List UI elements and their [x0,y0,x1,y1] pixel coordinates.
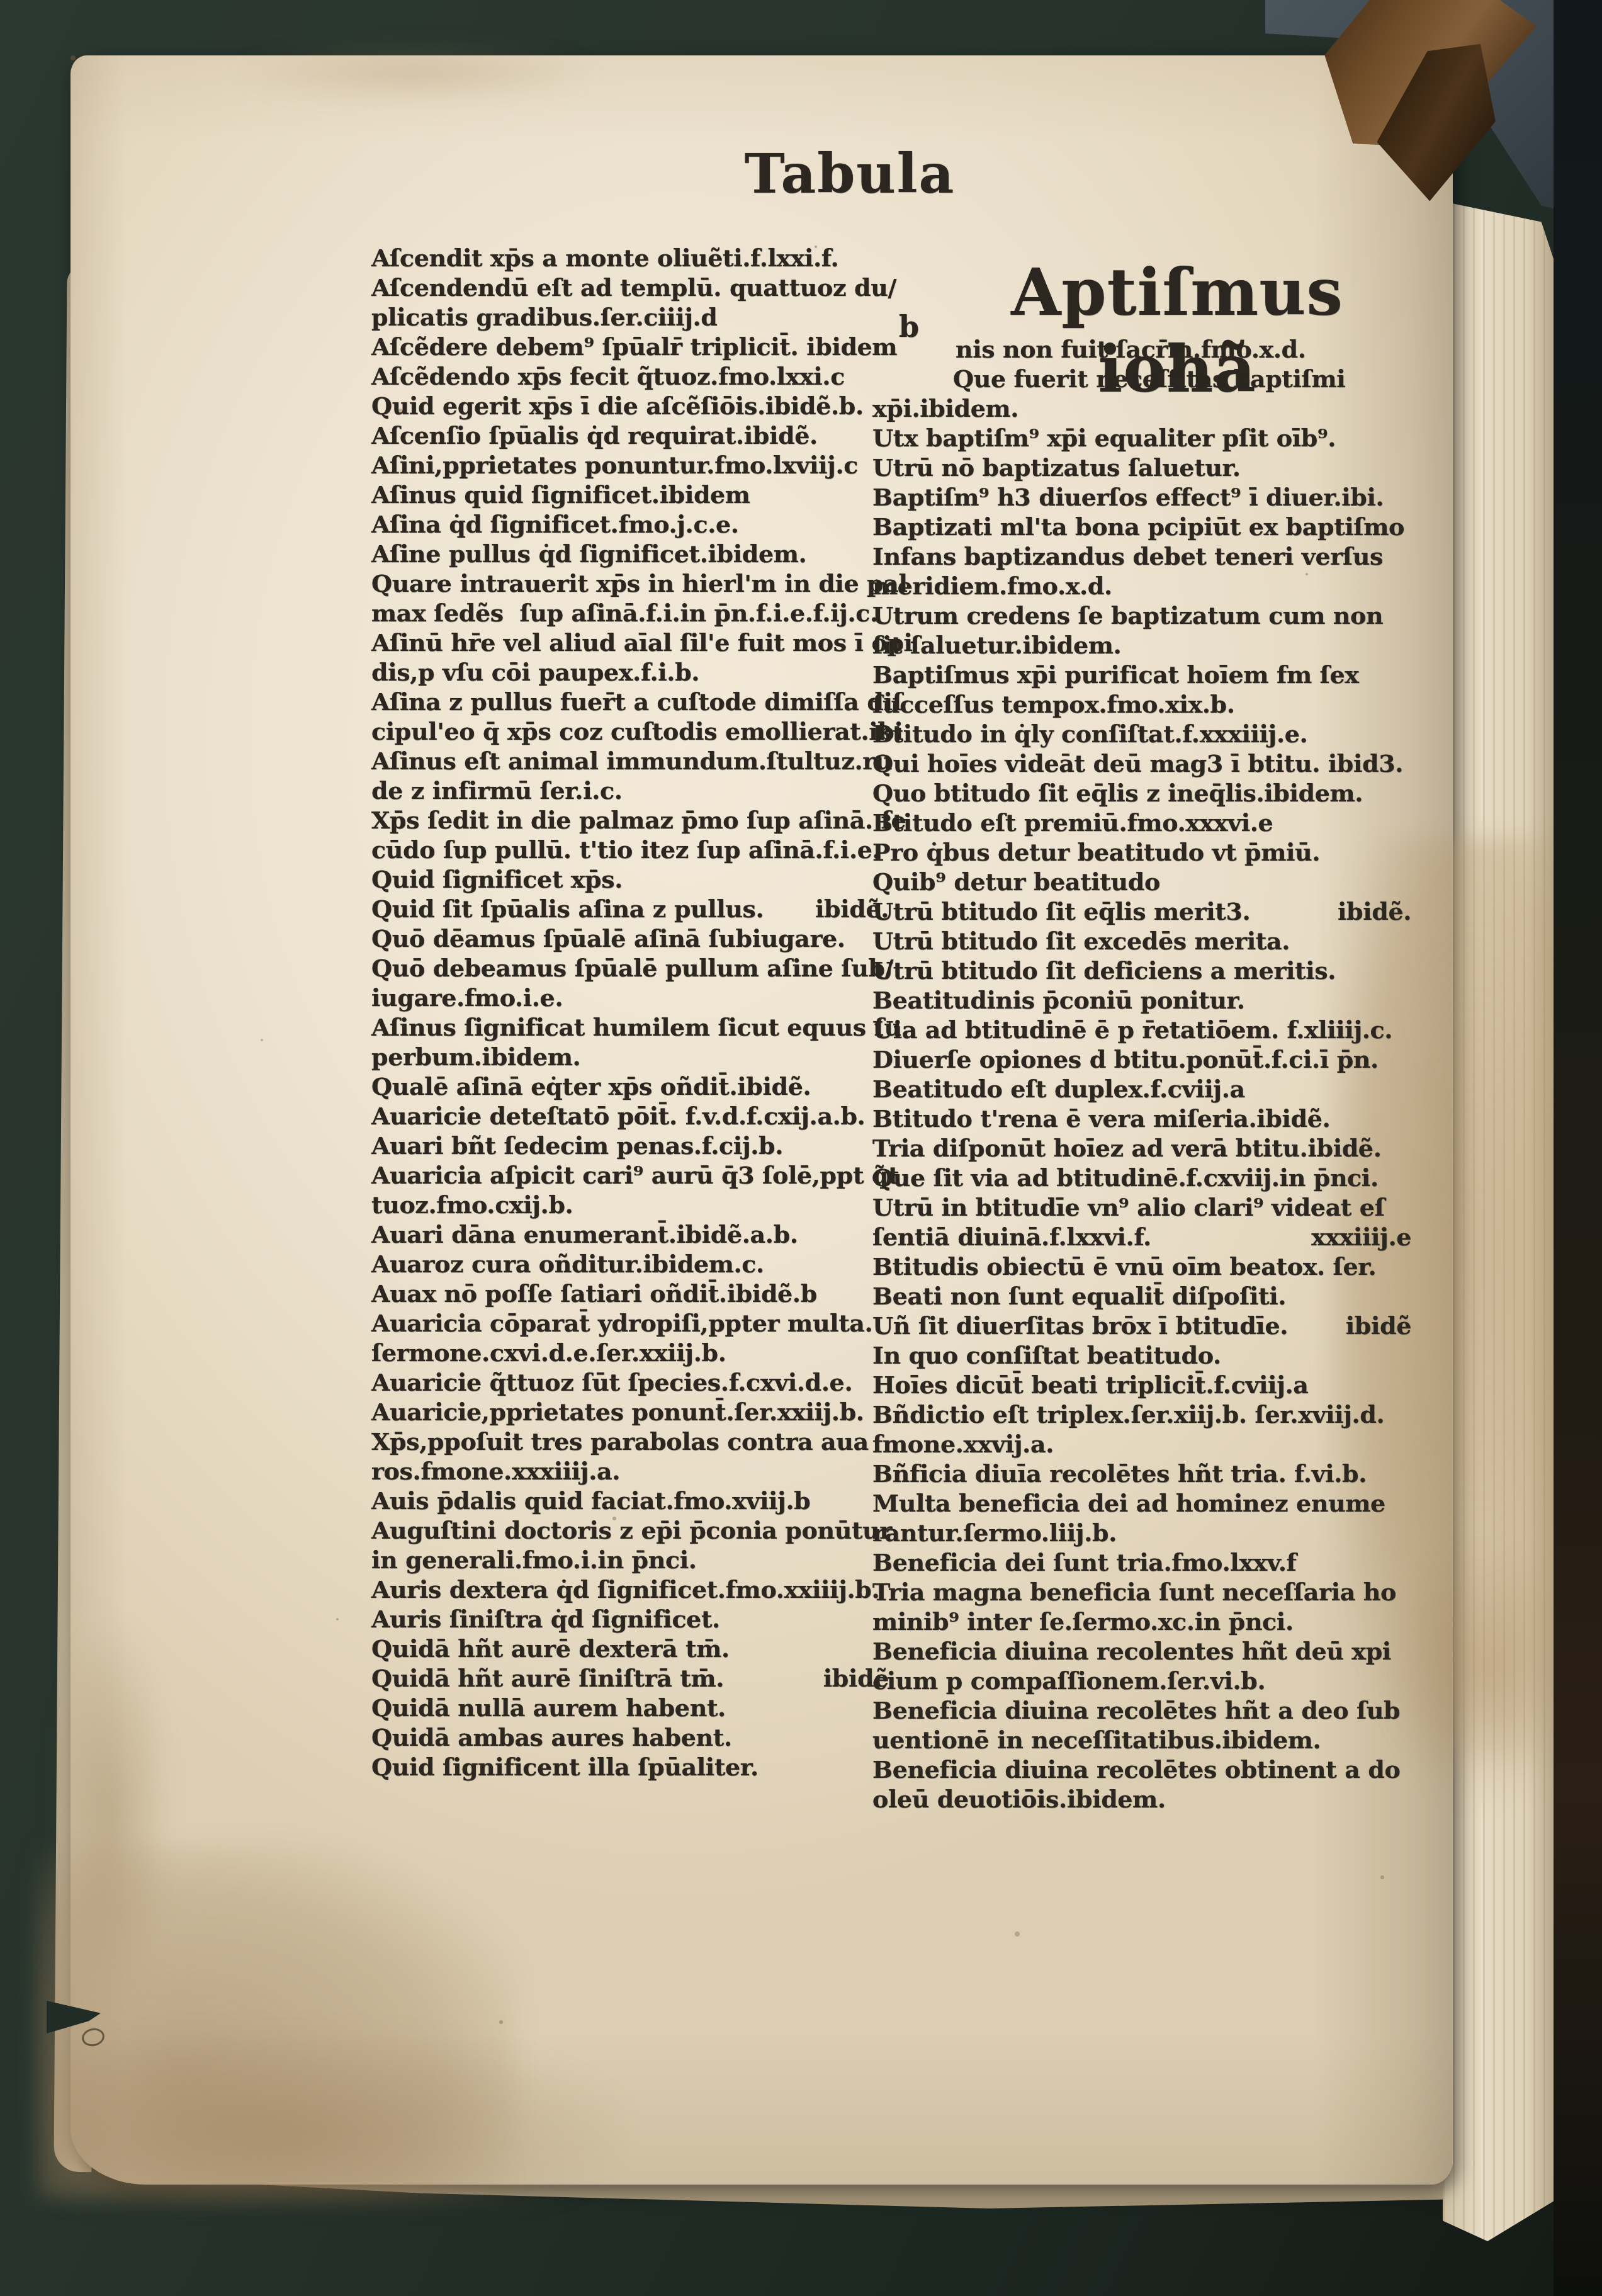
index-entry-text: Aſini,pprietates ponuntur.fmo.lxviij.c [371,450,858,480]
index-entry-text: Tria diſponūt hoīez ad verā btitu.ibidẽ. [872,1133,1381,1163]
index-entry-text: Utrū btitudo ſit deficiens a meritis. [872,956,1336,985]
text-line: Quidā hñt aurē dexterā tm̄. [371,1634,889,1663]
index-entry-text: Beatitudo eſt duplex.f.cviij.a [872,1074,1245,1104]
index-entry-text: Quidā ambas aures habent. [371,1722,732,1752]
index-entry-text: Quō debeamus ſpūalē pullum aſine ſub/ [371,953,893,983]
text-line: Baptiſmus xp̄i purificat hoīem fm ſex [872,660,1411,689]
text-line: Pro q̇bus detur beatitudo vt p̄miū. [872,837,1411,867]
index-entry-text: meridiem.fmo.x.d. [872,571,1112,601]
text-line: oleū deuotiōis.ibidem. [872,1784,1411,1814]
index-entry-text: Beneficia diuina recolētes obtinent a do [872,1755,1400,1784]
index-entry-text: Quid egerit xp̄s ī die aſcẽſiōis.ibidẽ.b… [371,391,864,421]
index-entry-text: Auis p̄dalis quid faciat.fmo.xviij.b [371,1486,810,1515]
index-entry-text: Aſinus ſignificat humilem ſicut equus ſu [371,1012,901,1042]
scanned-book-page: Tabula Aſcendit xp̄s a monte oliuẽti.f.l… [0,0,1602,2296]
text-line: Uia ad btitudinē ē p r̄etatiōem. f.xliii… [872,1015,1411,1044]
page-title: Tabula [692,142,1007,206]
index-entry-text: Auaricie deteſtatō pōit̄. f.v.d.f.cxij.a… [371,1101,865,1131]
index-entry-text: Btitudo eſt premiū.fmo.xxxvi.e [872,808,1273,837]
index-entry-text: rantur.ſermo.liij.b. [872,1518,1117,1547]
foxing-speckles [71,55,76,60]
text-line: Beneficia diuina recolētes obtinent a do [872,1755,1411,1784]
text-line: Auaricie,pprietates ponunt̄.ſer.xxiij.b. [371,1397,889,1427]
text-line: Auis p̄dalis quid faciat.fmo.xviij.b [371,1486,889,1515]
right-binding-edge [1554,0,1602,2296]
section-heading-baptismus: Aptiſmus iohã [943,254,1411,335]
index-entry-text: ros.fmone.xxxiiij.a. [371,1456,620,1486]
index-entry-text: Pro q̇bus detur beatitudo vt p̄miū. [872,837,1320,867]
index-entry-text: Qui hoīes videāt deū mag3 ī btitu. ibid3… [872,749,1403,778]
index-entry-text: Aſinū hr̄e vel aliud aīal ſil'e fuit mos… [371,628,913,657]
text-line: Multa beneficia dei ad hominez enume [872,1488,1411,1518]
text-line: Que fuerit neceſſitas baptiſmi [872,364,1411,393]
index-entry-text: Btitudo in q̇ly conſiſtat.f.xxxiiij.e. [872,719,1307,749]
text-line: fmone.xxvij.a. [872,1429,1411,1459]
text-line: Quo btitudo ſit eq̄lis z ineq̄lis.ibidem… [872,778,1411,808]
text-line: Utrū btitudo ſit deficiens a meritis. [872,956,1411,985]
text-line: perbum.ibidem. [371,1042,889,1072]
index-entry-text: Quidā hñt aurē dexterā tm̄. [371,1634,730,1663]
text-line: Hoīes dicūt̄ beati triplicit̄.f.cviij.a [872,1370,1411,1400]
index-entry-text: Aſcendendū eſt ad templū. quattuoz du/ [371,273,896,302]
text-line: Utrū btitudo ſit eq̄lis merit3.ibidẽ. [872,896,1411,926]
index-entry-text: Hoīes dicūt̄ beati triplicit̄.f.cviij.a [872,1370,1309,1400]
index-entry-locator: ibidẽ. [1338,896,1411,926]
index-entry-text: Aſcenſio ſpūalis q̇d requirat.ibidẽ. [371,421,818,450]
text-line: rantur.ſermo.liij.b. [872,1518,1411,1547]
text-line: ſit ſaluetur.ibidem. [872,630,1411,660]
text-line: Beneficia dei ſunt tria.fmo.lxxv.f [872,1547,1411,1577]
index-entry-text: Utrum credens ſe baptizatum cum non [872,601,1383,630]
text-line: in generali.fmo.i.in p̄nci. [371,1545,889,1575]
text-line: Bñdictio eſt triplex.ſer.xiij.b. ſer.xvi… [872,1400,1411,1429]
text-line: ros.fmone.xxxiiij.a. [371,1456,889,1486]
text-line: cipul'eo q̄ xp̄s coz cuſtodis emollierat… [371,716,889,746]
text-line: nis non fuit ſacr̄m.fmo.x.d. [872,334,1411,364]
index-entry-text: dis,p vſu cōi paupex.f.i.b. [371,657,699,687]
text-line: Quib⁹ detur beatitudo [872,867,1411,896]
index-entry-text: Multa beneficia dei ad hominez enume [872,1488,1385,1518]
index-entry-text: ſucceſſus tempox.fmo.xix.b. [872,689,1235,719]
text-line: Aſinū hr̄e vel aliud aīal ſil'e fuit mos… [371,628,889,657]
index-entry-text: Que ſit via ad btitudinē.f.cxviij.in p̄n… [872,1163,1379,1192]
index-entry-text: Auaricia aſpicit cari⁹ aurū q̄3 ſolē,ppt… [371,1160,899,1190]
text-line: Utx baptiſm⁹ xp̄i equaliter pſit oīb⁹. [872,423,1411,453]
index-entry-text: cūdo ſup pullū. t'tio itez ſup aſinā.f.i… [371,835,880,864]
index-entry-text: ſentiā diuinā.f.lxxvi.f. [872,1222,1151,1252]
text-line: Baptiſm⁹ h3 diuerſos effect⁹ ī diuer.ibi… [872,482,1411,512]
index-entry-text: Quid ſit ſpūalis aſina z pullus. [371,894,764,924]
index-entry-text: Aſcẽdendo xp̄s fecit q̃tuoz.fmo.lxxi.c [371,361,845,391]
index-entry-text: Que fuerit neceſſitas baptiſmi [953,364,1345,393]
text-line: Btitudis obiectū ē vnū oīm beatox. ſer. [872,1252,1411,1281]
text-line: Beatitudinis p̄coniū ponitur. [872,985,1411,1015]
index-entry-text: Auari bñt ſedecim penas.f.cij.b. [371,1131,783,1160]
index-entry-text: nis non fuit ſacr̄m.fmo.x.d. [956,334,1306,364]
text-line: Aſcendendū eſt ad templū. quattuoz du/ [371,273,889,302]
index-entry-text: Xp̄s,ppoſuit tres parabolas contra aua [371,1427,869,1456]
index-entry-text: Auaricia cōparat̄ ydropiſi,ppter multa. [371,1308,872,1338]
text-line: Auaricia cōparat̄ ydropiſi,ppter multa. [371,1308,889,1338]
text-line: Auaroz cura oñditur.ibidem.c. [371,1249,889,1279]
index-entry-text: Quare intrauerit xp̄s in hierl'm in die … [371,568,908,598]
text-line: Qui hoīes videāt deū mag3 ī btitu. ibid3… [872,749,1411,778]
text-line: Xp̄s,ppoſuit tres parabolas contra aua [371,1427,889,1456]
text-line: Auari bñt ſedecim penas.f.cij.b. [371,1131,889,1160]
text-line: Utrū btitudo ſit excedēs merita. [872,926,1411,956]
index-entry-text: uentionē in neceſſitatibus.ibidem. [872,1725,1321,1755]
index-entry-text: ſit ſaluetur.ibidem. [872,630,1121,660]
index-entry-text: iugare.fmo.i.e. [371,983,563,1012]
text-line: meridiem.fmo.x.d. [872,571,1411,601]
text-line: cium p compaſſionem.ſer.vi.b. [872,1666,1411,1695]
text-line: Aſine pullus q̇d ſignificet.ibidem. [371,539,889,568]
text-line: Quidā hñt aurē ſiniſtrā tm̄.ibidẽ [371,1663,889,1693]
index-entry-text: Utrū nō baptizatus ſaluetur. [872,453,1240,482]
text-line: Auax nō poſſe ſatiari oñdit̄.ibidẽ.b [371,1279,889,1308]
text-line: plicatis gradibus.ſer.ciiij.d [371,302,889,332]
text-line: Uñ ſit diuerſitas brōx ī btitudīe.ibidẽ [872,1311,1411,1340]
text-line: Auaricie deteſtatō pōit̄. f.v.d.f.cxij.a… [371,1101,889,1131]
index-entry-text: Qualē aſinā eq̇ter xp̄s oñdit̄.ibidẽ. [371,1072,811,1101]
text-line: Aſcẽdere debem⁹ ſpūalr̄ triplicit̄. ibid… [371,332,889,361]
text-line: Aſinus quid ſignificet.ibidem [371,480,889,509]
text-line: In quo conſiſtat beatitudo. [872,1340,1411,1370]
text-line: Aſcẽdendo xp̄s fecit q̃tuoz.fmo.lxxi.c [371,361,889,391]
index-entry-text: perbum.ibidem. [371,1042,580,1072]
index-entry-text: oleū deuotiōis.ibidem. [872,1784,1166,1814]
index-entry-text: Baptiſmus xp̄i purificat hoīem fm ſex [872,660,1359,689]
text-line: Utrū nō baptizatus ſaluetur. [872,453,1411,482]
index-entry-text: Aſine pullus q̇d ſignificet.ibidem. [371,539,806,568]
text-line: Quare intrauerit xp̄s in hierl'm in die … [371,568,889,598]
text-line: Aſinus ſignificat humilem ſicut equus ſu [371,1012,889,1042]
index-entry-text: de z infirmū ſer.i.c. [371,776,623,805]
text-line: Utrū in btitudīe vn⁹ alio clari⁹ videat … [872,1192,1411,1222]
fore-edge-leaves [1443,201,1555,2241]
text-line: Auaricia aſpicit cari⁹ aurū q̄3 ſolē,ppt… [371,1160,889,1190]
index-entry-text: Aſcẽdere debem⁹ ſpūalr̄ triplicit̄. ibid… [371,332,897,361]
text-line: Btitudo in q̇ly conſiſtat.f.xxxiiij.e. [872,719,1411,749]
text-line: Auaricie q̃ttuoz ſūt ſpecies.f.cxvi.d.e. [371,1367,889,1397]
index-entry-locator: xxxiiij.e [1311,1222,1411,1252]
text-line: tuoz.fmo.cxij.b. [371,1190,889,1219]
text-line: Beneficia diuina recolentes hñt deū xpi [872,1636,1411,1666]
index-entry-text: Quidā nullā aurem habent. [371,1693,726,1722]
index-entry-text: Auari dāna enumerant̄.ibidẽ.a.b. [371,1219,798,1249]
index-entry-text: cium p compaſſionem.ſer.vi.b. [872,1666,1265,1695]
text-line: ſermone.cxvi.d.e.ſer.xxiij.b. [371,1338,889,1367]
text-line: Quid ſit ſpūalis aſina z pullus.ibidẽ. [371,894,889,924]
text-line: Aſinus eſt animal immundum.ſtultuz.ru [371,746,889,776]
text-line: Aſcendit xp̄s a monte oliuẽti.f.lxxi.f. [371,243,889,273]
text-line: Quidā ambas aures habent. [371,1722,889,1752]
text-line: minib⁹ inter ſe.ſermo.xc.in p̄nci. [872,1607,1411,1636]
text-line: Tria magna beneficia ſunt neceſſaria ho [872,1577,1411,1607]
text-line: Xp̄s ſedit in die palmaz p̄mo ſup aſinā.… [371,805,889,835]
index-entry-text: Utx baptiſm⁹ xp̄i equaliter pſit oīb⁹. [872,423,1336,453]
right-column: nis non fuit ſacr̄m.fmo.x.d.Que fuerit n… [872,334,1411,1814]
text-line: Quō debeamus ſpūalē pullum aſine ſub/ [371,953,889,983]
index-entry-text: Aſinus quid ſignificet.ibidem [371,480,750,509]
text-line: Aſina z pullus fuer̄t a cuſtode dimiſſa … [371,687,889,716]
text-line: ſentiā diuinā.f.lxxvi.f.xxxiiij.e [872,1222,1411,1252]
index-entry-text: minib⁹ inter ſe.ſermo.xc.in p̄nci. [872,1607,1294,1636]
index-entry-text: Infans baptizandus debet teneri verſus [872,541,1383,571]
text-line: dis,p vſu cōi paupex.f.i.b. [371,657,889,687]
index-entry-text: Quo btitudo ſit eq̄lis z ineq̄lis.ibidem… [872,778,1363,808]
index-entry-text: Beatitudinis p̄coniū ponitur. [872,985,1244,1015]
index-entry-text: Diuerſe opiones d btitu.ponūt̄.f.ci.ī p̄… [872,1044,1379,1074]
index-entry-text: Quib⁹ detur beatitudo [872,867,1160,896]
index-entry-text: Quidā hñt aurē ſiniſtrā tm̄. [371,1663,724,1693]
index-entry-text: max ſedẽs ſup aſinā.f.i.in p̄n.f.i.e.f.i… [371,598,878,628]
index-entry-locator: ibidẽ [1346,1311,1411,1340]
index-entry-text: In quo conſiſtat beatitudo. [872,1340,1221,1370]
text-line: Que ſit via ad btitudinē.f.cxviij.in p̄n… [872,1163,1411,1192]
index-entry-text: Xp̄s ſedit in die palmaz p̄mo ſup aſinā.… [371,805,906,835]
index-entry-text: Quid ſignificent illa ſpūaliter. [371,1752,759,1782]
index-entry-text: tuoz.fmo.cxij.b. [371,1190,573,1219]
text-line: Auris dextera q̇d ſignificet.fmo.xxiiij.… [371,1575,889,1604]
index-entry-text: Uia ad btitudinē ē p r̄etatiōem. f.xliii… [872,1015,1392,1044]
text-line: Beneficia diuina recolētes hñt a deo ſub [872,1695,1411,1725]
index-entry-text: Auris ſiniſtra q̇d ſignificet. [371,1604,720,1634]
text-line: Beati non ſunt equalit̄ diſpoſiti. [872,1281,1411,1311]
text-line: iugare.fmo.i.e. [371,983,889,1012]
index-entry-text: Utrū in btitudīe vn⁹ alio clari⁹ videat … [872,1192,1385,1222]
text-line: Auari dāna enumerant̄.ibidẽ.a.b. [371,1219,889,1249]
index-entry-text: Aſina q̇d ſignificet.fmo.j.c.e. [371,509,739,539]
text-line: Quidā nullā aurem habent. [371,1693,889,1722]
text-line: Aſina q̇d ſignificet.fmo.j.c.e. [371,509,889,539]
text-line: Diuerſe opiones d btitu.ponūt̄.f.ci.ī p̄… [872,1044,1411,1074]
text-line: Auris ſiniſtra q̇d ſignificet. [371,1604,889,1634]
index-entry-text: Beneficia dei ſunt tria.fmo.lxxv.f [872,1547,1296,1577]
index-entry-text: Baptiſm⁹ h3 diuerſos effect⁹ ī diuer.ibi… [872,482,1384,512]
text-line: Aſini,pprietates ponuntur.fmo.lxviij.c [371,450,889,480]
index-entry-text: Tria magna beneficia ſunt neceſſaria ho [872,1577,1396,1607]
text-line: Bñficia diuīa recolētes hñt tria. f.vi.b… [872,1459,1411,1488]
text-line: cūdo ſup pullū. t'tio itez ſup aſinā.f.i… [371,835,889,864]
text-line: Qualē aſinā eq̇ter xp̄s oñdit̄.ibidẽ. [371,1072,889,1101]
text-line: Quid egerit xp̄s ī die aſcẽſiōis.ibidẽ.b… [371,391,889,421]
index-entry-text: Bñficia diuīa recolētes hñt tria. f.vi.b… [872,1459,1367,1488]
text-line: Tria diſponūt hoīez ad verā btitu.ibidẽ. [872,1133,1411,1163]
text-line: Quid ſignificent illa ſpūaliter. [371,1752,889,1782]
index-entry-text: Bñdictio eſt triplex.ſer.xiij.b. ſer.xvi… [872,1400,1384,1429]
index-entry-text: Auris dextera q̇d ſignificet.fmo.xxiiij.… [371,1575,879,1604]
left-column: Aſcendit xp̄s a monte oliuẽti.f.lxxi.f.A… [371,243,889,1782]
index-entry-text: Quō dēamus ſpūalē aſinā ſubiugare. [371,924,845,953]
index-entry-text: in generali.fmo.i.in p̄nci. [371,1545,697,1575]
index-entry-text: Auax nō poſſe ſatiari oñdit̄.ibidẽ.b [371,1279,817,1308]
text-line: Aſcenſio ſpūalis q̇d requirat.ibidẽ. [371,421,889,450]
text-line: Infans baptizandus debet teneri verſus [872,541,1411,571]
text-line: Quid ſignificet xp̄s. [371,864,889,894]
text-line: Btitudo t'rena ē vera miſeria.ibidẽ. [872,1104,1411,1133]
text-line: Btitudo eſt premiū.fmo.xxxvi.e [872,808,1411,837]
text-line: xp̄i.ibidem. [872,393,1411,423]
index-entry-text: Uñ ſit diuerſitas brōx ī btitudīe. [872,1311,1288,1340]
text-line: uentionē in neceſſitatibus.ibidem. [872,1725,1411,1755]
index-entry-text: Auaricie,pprietates ponunt̄.ſer.xxiij.b. [371,1397,864,1427]
text-line: Beatitudo eſt duplex.f.cviij.a [872,1074,1411,1104]
index-entry-text: plicatis gradibus.ſer.ciiij.d [371,302,718,332]
text-line: Baptizati ml'ta bona pcipiūt ex baptiſmo [872,512,1411,541]
index-entry-text: Aſinus eſt animal immundum.ſtultuz.ru [371,746,892,776]
text-line: Utrum credens ſe baptizatum cum non [872,601,1411,630]
index-entry-text: Utrū btitudo ſit excedēs merita. [872,926,1290,956]
text-line: de z infirmū ſer.i.c. [371,776,889,805]
index-entry-text: ſermone.cxvi.d.e.ſer.xxiij.b. [371,1338,726,1367]
index-entry-text: cipul'eo q̄ xp̄s coz cuſtodis emollierat… [371,716,903,746]
index-entry-text: Auaroz cura oñditur.ibidem.c. [371,1249,764,1279]
index-entry-text: Quid ſignificet xp̄s. [371,864,623,894]
text-line: Auguſtini doctoris z ep̄i p̄conia ponūtu… [371,1515,889,1545]
index-entry-text: Aſina z pullus fuer̄t a cuſtode dimiſſa … [371,687,902,716]
index-entry-text: Baptizati ml'ta bona pcipiūt ex baptiſmo [872,512,1404,541]
index-entry-text: Beneficia diuina recolētes hñt a deo ſub [872,1695,1400,1725]
index-entry-text: Beneficia diuina recolentes hñt deū xpi [872,1636,1391,1666]
index-entry-text: Btitudis obiectū ē vnū oīm beatox. ſer. [872,1252,1376,1281]
index-entry-text: Auguſtini doctoris z ep̄i p̄conia ponūtu… [371,1515,892,1545]
index-entry-text: Btitudo t'rena ē vera miſeria.ibidẽ. [872,1104,1330,1133]
index-entry-text: Utrū btitudo ſit eq̄lis merit3. [872,896,1250,926]
index-entry-text: fmone.xxvij.a. [872,1429,1054,1459]
text-line: ſucceſſus tempox.fmo.xix.b. [872,689,1411,719]
index-entry-text: Beati non ſunt equalit̄ diſpoſiti. [872,1281,1286,1311]
index-entry-text: Auaricie q̃ttuoz ſūt ſpecies.f.cxvi.d.e. [371,1367,852,1397]
index-entry-text: Aſcendit xp̄s a monte oliuẽti.f.lxxi.f. [371,243,838,273]
text-line: max ſedẽs ſup aſinā.f.i.in p̄n.f.i.e.f.i… [371,598,889,628]
text-line: Quō dēamus ſpūalē aſinā ſubiugare. [371,924,889,953]
index-entry-text: xp̄i.ibidem. [872,393,1018,423]
